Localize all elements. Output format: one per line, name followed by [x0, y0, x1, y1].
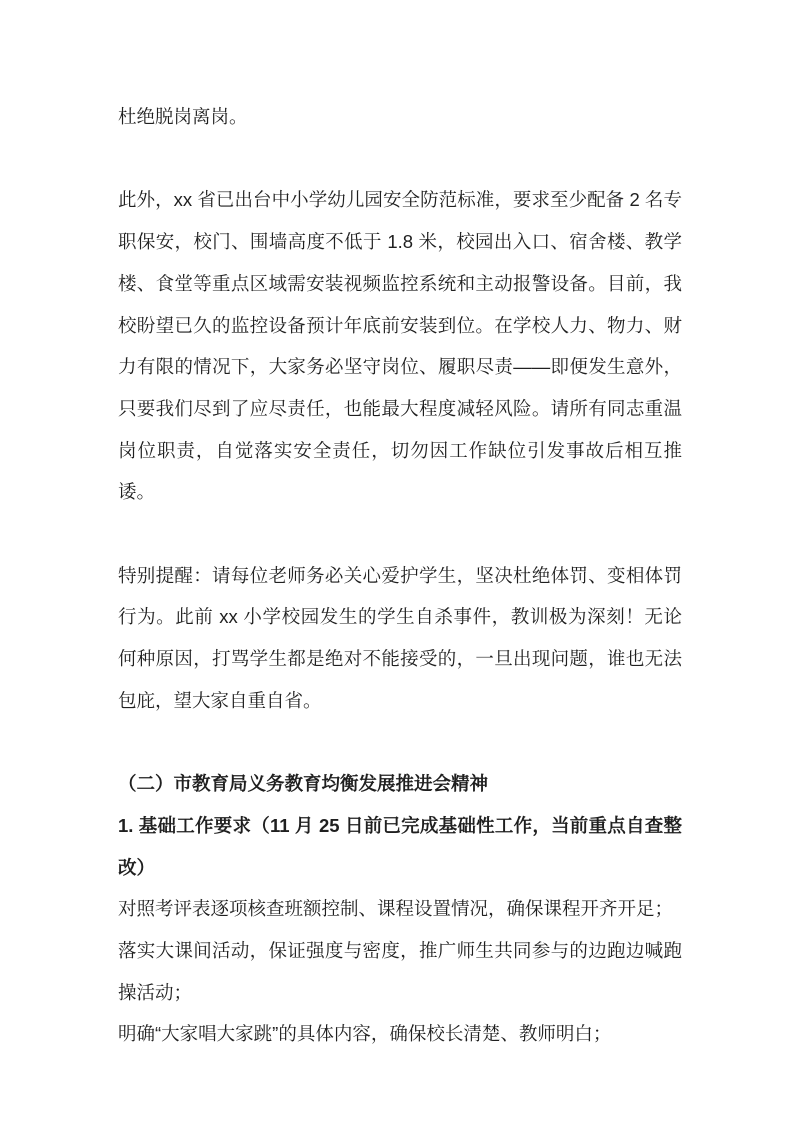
- blank-line: [118, 513, 682, 555]
- paragraph-continuation: 杜绝脱岗离岗。: [118, 96, 682, 138]
- paragraph-check-list-item-3: 明确“大家唱大家跳”的具体内容，确保校长清楚、教师明白；: [118, 1013, 682, 1055]
- subsection-heading-1: 1. 基础工作要求（11 月 25 日前已完成基础性工作，当前重点自查整改）: [118, 805, 682, 888]
- paragraph-check-list-item-2: 落实大课间活动，保证强度与密度，推广师生共同参与的边跑边喊跑操活动；: [118, 930, 682, 1013]
- document-content: 杜绝脱岗离岗。 此外，xx 省已出台中小学幼儿园安全防范标准，要求至少配备 2 …: [118, 96, 682, 1055]
- document-page: 杜绝脱岗离岗。 此外，xx 省已出台中小学幼儿园安全防范标准，要求至少配备 2 …: [0, 0, 793, 1122]
- paragraph-special-reminder: 特别提醒：请每位老师务必关心爱护学生，坚决杜绝体罚、变相体罚行为。此前 xx 小…: [118, 555, 682, 722]
- blank-line: [118, 722, 682, 764]
- paragraph-security-standards: 此外，xx 省已出台中小学幼儿园安全防范标准，要求至少配备 2 名专职保安，校门…: [118, 179, 682, 513]
- blank-line: [118, 138, 682, 180]
- section-heading-2: （二）市教育局义务教育均衡发展推进会精神: [118, 763, 682, 805]
- paragraph-check-list-item-1: 对照考评表逐项核查班额控制、课程设置情况，确保课程开齐开足；: [118, 888, 682, 930]
